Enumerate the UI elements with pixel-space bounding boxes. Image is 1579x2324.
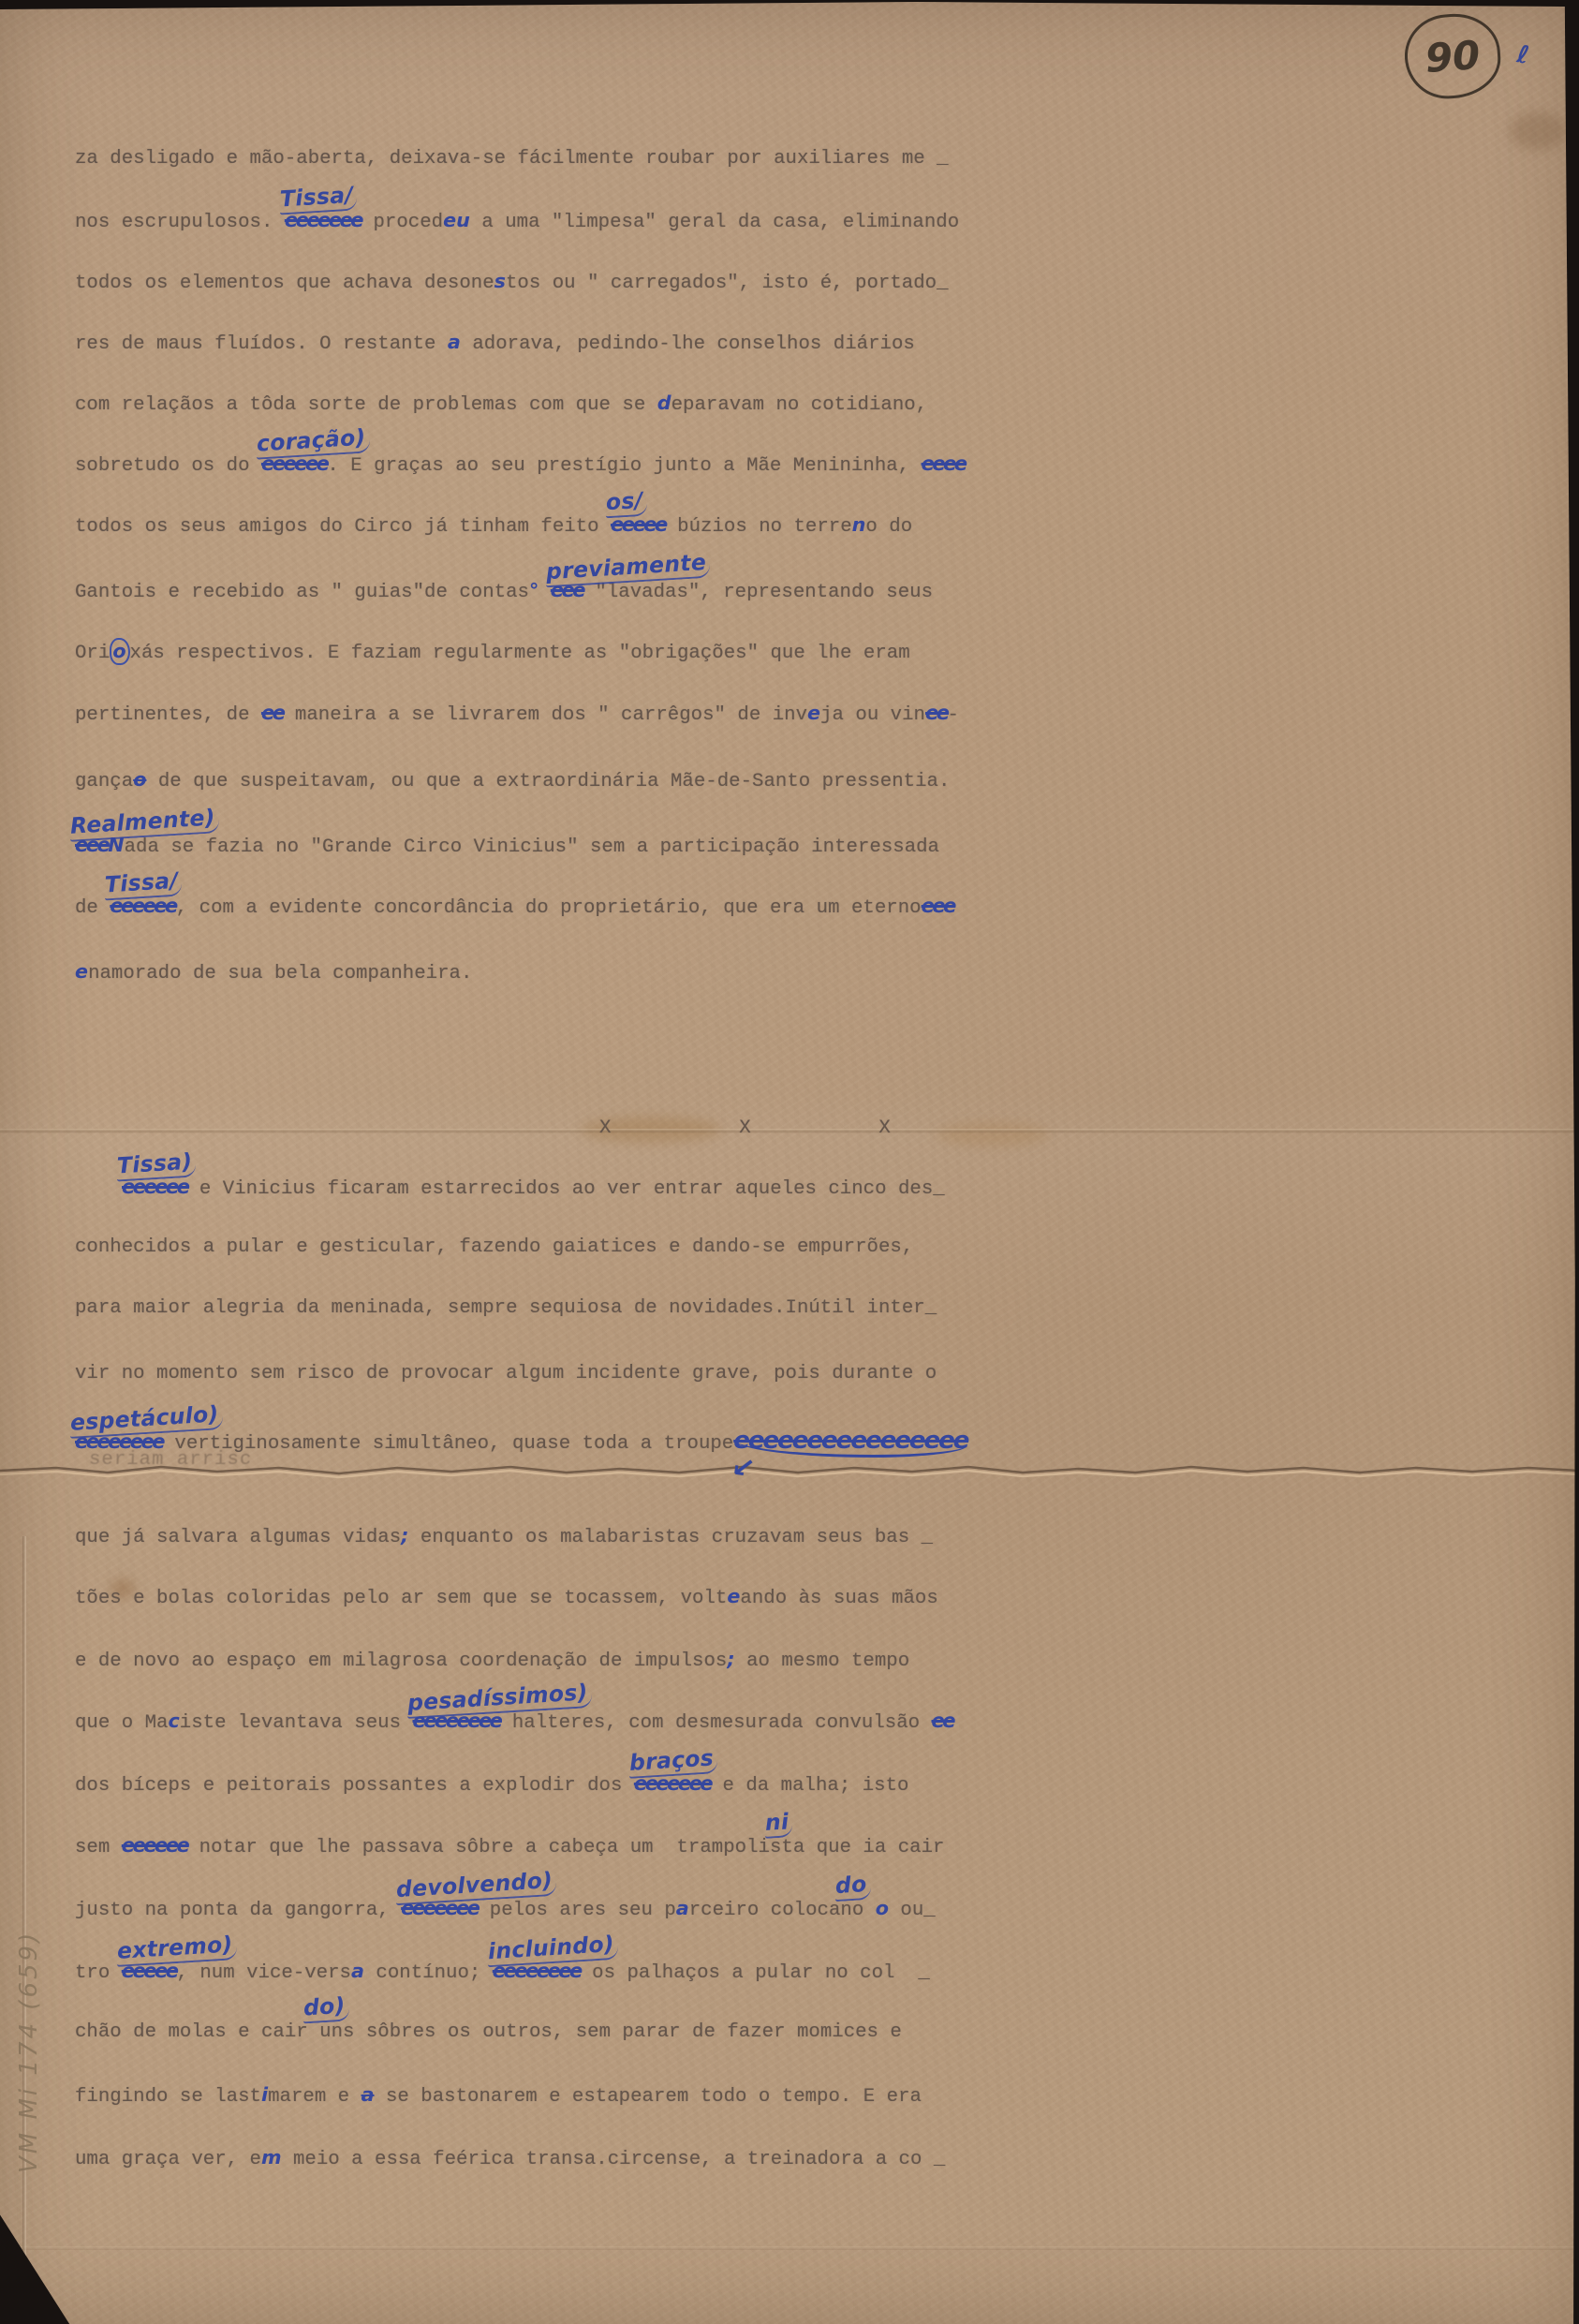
- typed-text: chão de molas e cair: [75, 2021, 308, 2043]
- typed-line: uma graça ver, em meio a essa feérica tr…: [75, 2146, 945, 2170]
- typed-text: conhecidos a pular e gesticular, fazendo…: [75, 1236, 913, 1258]
- typed-line: eeeeeeeeespetáculo) vertiginosamente sim…: [75, 1427, 967, 1455]
- typed-text: proced: [362, 212, 443, 233]
- annotation-label: ni: [763, 1808, 793, 1839]
- typed-text: , com a evidente concordância do proprie…: [176, 897, 922, 919]
- annotation-label: do: [834, 1871, 871, 1902]
- ink-correction: o: [876, 1897, 889, 1919]
- typed-text: justo na ponta da gangorra,: [75, 1900, 401, 1921]
- typed-text: sem: [75, 1837, 122, 1858]
- typed-line: sem eeeeee notar que lhe passava sôbre a…: [75, 1834, 944, 1858]
- typed-line: que já salvara algumas vidas; enquanto o…: [75, 1524, 933, 1548]
- handwritten-annotation: eeeeeeTissa/: [110, 897, 175, 919]
- typed-text: Ori: [75, 643, 110, 664]
- typed-text: de que suspeitavam, ou que a extraordiná…: [146, 771, 950, 792]
- typed-text: eparavam no cotidiano,: [671, 394, 928, 416]
- ink-correction: m: [261, 2146, 282, 2169]
- typed-text: rceiro coloca: [689, 1900, 841, 1921]
- typed-line: eeeRealmente)Nada se fazia no "Grande Ci…: [75, 834, 939, 858]
- ink-correction: eu: [443, 209, 470, 231]
- ink-scribble: eeee: [922, 452, 966, 475]
- ink-scribble: ee: [925, 702, 948, 724]
- typed-text: pertinentes, de: [75, 704, 261, 726]
- typed-line: de eeeeeeTissa/, com a evidente concordâ…: [75, 895, 954, 919]
- page-number-side-mark: ℓ: [1514, 40, 1530, 70]
- typed-text: "lavadas", representando seus: [583, 582, 933, 603]
- typed-text: fingindo se last: [75, 2086, 261, 2108]
- annotation-label: Tissa): [115, 1148, 197, 1182]
- down-left-arrow-icon: ↙: [730, 1450, 758, 1486]
- annotation-label: Tissa/: [278, 182, 358, 215]
- typed-text: tões e bolas coloridas pelo ar sem que s…: [75, 1588, 727, 1609]
- typed-line: sobretudo os do eeeeeecoração). E graças…: [75, 452, 966, 477]
- ink-correction: s: [494, 270, 506, 292]
- typed-line: fingindo se lastimarem e a se bastonarem…: [75, 2083, 922, 2108]
- typed-text: gança: [75, 771, 133, 792]
- typed-line: eeeeeeTissa) e Vinicius ficaram estarrec…: [122, 1176, 945, 1200]
- typed-line: conhecidos a pular e gesticular, fazendo…: [75, 1236, 913, 1258]
- typed-text: Gantois e recebido as " guias"de contas: [75, 582, 529, 603]
- ink-scribble: eeeeee: [122, 1834, 187, 1857]
- typed-text: za desligado e mão-aberta, deixava-se fá…: [75, 148, 949, 170]
- typed-text: maneira a se livrarem dos " carrêgos" de…: [283, 704, 807, 726]
- typed-text: enquanto os malabaristas cruzavam seus b…: [408, 1527, 933, 1548]
- ink-correction: n: [852, 513, 866, 536]
- typed-text: nos escrupulosos.: [75, 212, 285, 233]
- page-number-circle: 90: [1402, 11, 1503, 102]
- ink-correction: e: [727, 1585, 740, 1607]
- ink-correction: d: [657, 392, 671, 414]
- scanned-manuscript-page: { "page": { "number": "90", "side_mark":…: [0, 0, 1579, 2324]
- typed-text: marem e: [268, 2086, 361, 2108]
- typed-text: de: [75, 897, 110, 919]
- typed-text: ando às suas mãos: [740, 1588, 937, 1609]
- ink-correction: a: [351, 1960, 364, 1982]
- typed-text: todos os seus amigos do Circo já tinham …: [75, 516, 611, 538]
- typed-text: vertiginosamente simultâneo, quase toda …: [163, 1433, 733, 1455]
- typed-line: que o Maciste levantava seus eeeeeeeepes…: [75, 1710, 953, 1734]
- handwritten-annotation: eeeeeeeepesadíssimos): [412, 1712, 500, 1734]
- typed-line: chão de molas e cairdo) uns sôbres os ou…: [75, 2021, 902, 2043]
- typed-line: enamorado de sua bela companheira.: [75, 960, 472, 984]
- ink-correction: ;: [727, 1648, 734, 1670]
- ink-scribble: ee: [932, 1710, 954, 1732]
- typed-line: justo na ponta da gangorra, eeeeeeedevol…: [75, 1897, 936, 1921]
- typed-text: sta que ia cair: [770, 1837, 945, 1858]
- handwritten-annotation: eeeeeextremo): [122, 1962, 177, 1984]
- typed-text: ja ou vin: [820, 704, 925, 726]
- typed-text: adorava, pedindo-lhe conselhos diários: [461, 333, 915, 355]
- typed-text: e Vinicius ficaram estarrecidos ao ver e…: [187, 1178, 944, 1200]
- typed-text: que já salvara algumas vidas: [75, 1527, 401, 1548]
- heavy-scribble-with-arrow: eeeeeeeeeeeeeeee↙: [733, 1433, 967, 1455]
- section-divider: X X X: [599, 1118, 891, 1139]
- ink-correction: a: [676, 1897, 689, 1919]
- ink-correction: c: [168, 1710, 179, 1732]
- paper-stain: [937, 1122, 1049, 1147]
- annotation-label: Tissa/: [103, 867, 183, 901]
- typed-text: se bastonarem e estapearem todo o tempo.…: [375, 2086, 922, 2108]
- typed-line: Gantois e recebido as " guias"de contas°…: [75, 579, 933, 603]
- typed-text: uns sôbres os outros, sem parar de fazer…: [308, 2021, 902, 2043]
- typed-text: ao mesmo tempo: [735, 1650, 910, 1672]
- handwritten-annotation: eeeRealmente): [75, 836, 108, 858]
- typed-text: todos os elementos que achava desone: [75, 273, 494, 294]
- typed-text: ada se fazia no "Grande Circo Vinicius" …: [125, 836, 939, 858]
- typed-text: no: [840, 1900, 875, 1921]
- ink-correction: o: [133, 768, 146, 791]
- typed-text: -: [948, 704, 959, 726]
- typed-text: X X X: [599, 1118, 891, 1139]
- typed-line: nos escrupulosos. eeeeeeeTissa/ procedeu…: [75, 209, 959, 233]
- typed-line: todos os seus amigos do Circo já tinham …: [75, 513, 912, 538]
- ink-scribble: eeeeeeeeeeeeeeee: [733, 1427, 967, 1458]
- typed-text: dos bíceps e peitorais possantes a explo…: [75, 1775, 634, 1797]
- typed-text: pelos ares seu p: [478, 1900, 675, 1921]
- typed-text: namorado de sua bela companheira.: [88, 963, 472, 984]
- typed-line: tões e bolas coloridas pelo ar sem que s…: [75, 1585, 938, 1609]
- ink-scribble: eee: [922, 895, 954, 917]
- typed-line: res de maus fluídos. O restante a adorav…: [75, 331, 915, 355]
- typed-text: para maior alegria da meninada, sempre s…: [75, 1297, 937, 1319]
- typed-text: contínuo;: [364, 1962, 493, 1984]
- typed-text: . E graças ao seu prestígio junto a Mãe …: [327, 455, 921, 477]
- typed-line: todos os elementos que achava desonestos…: [75, 270, 949, 294]
- typed-line: para maior alegria da meninada, sempre s…: [75, 1297, 937, 1319]
- typed-text: tro: [75, 1962, 122, 1984]
- typed-line: pertinentes, de ee maneira a se livrarem…: [75, 702, 959, 726]
- typed-line: vir no momento sem risco de provocar alg…: [75, 1363, 937, 1384]
- typed-text: búzios no terre: [666, 516, 852, 538]
- typed-text: com relaçãos a tôda sorte de problemas c…: [75, 394, 657, 416]
- handwritten-annotation: eeepreviamente: [551, 582, 583, 603]
- typed-text: sobretudo os do: [75, 455, 261, 477]
- ink-scribble: ee: [261, 702, 284, 724]
- typed-text: e de novo ao espaço em milagrosa coorden…: [75, 1650, 727, 1672]
- typed-text: iste levantava seus: [180, 1712, 413, 1734]
- handwritten-annotation: eeeeeecoração): [261, 455, 327, 477]
- paper-sheet: seriam arrisc 90 ℓ VM Mi 174 (659) za de…: [0, 0, 1579, 2324]
- typed-text: que o Ma: [75, 1712, 168, 1734]
- typed-line: za desligado e mão-aberta, deixava-se fá…: [75, 148, 949, 170]
- typed-text: , num vice-vers: [176, 1962, 351, 1984]
- ink-correction: i: [261, 2083, 268, 2106]
- typed-text: notar que lhe passava sôbre a cabeça um …: [187, 1837, 770, 1858]
- handwritten-annotation: eeeeeeeTissa/: [285, 212, 362, 233]
- typed-text: o do: [865, 516, 912, 538]
- ink-correction: e: [75, 960, 88, 983]
- bottom-fold-crease: [0, 2246, 1579, 2250]
- annotation-label: os/: [604, 487, 647, 519]
- typed-text: a uma "limpesa" geral da casa, eliminand…: [470, 212, 959, 233]
- ink-correction: e: [807, 702, 820, 724]
- handwritten-annotation: eeeeeeedevolvendo): [401, 1900, 478, 1921]
- typed-text: vir no momento sem risco de provocar alg…: [75, 1363, 937, 1384]
- ink-correction: o: [110, 638, 129, 665]
- paper-stain: [1510, 112, 1566, 150]
- typed-line: gançao de que suspeitavam, ou que a extr…: [75, 768, 950, 792]
- typed-text: ou_: [889, 1900, 936, 1921]
- typed-text: res de maus fluídos. O restante: [75, 333, 448, 355]
- archive-margin-note: VM Mi 174 (659): [15, 1931, 43, 2173]
- typed-text: xás respectivos. E faziam regularmente a…: [130, 643, 910, 664]
- typed-text: meio a essa feérica transa.circense, a t…: [282, 2149, 946, 2170]
- annotation-label: do): [302, 1992, 349, 2024]
- typed-line: tro eeeeeextremo), num vice-versa contín…: [75, 1960, 930, 1984]
- page-number: 90: [1424, 32, 1482, 81]
- typed-text: halteres, com desmesurada convulsão: [500, 1712, 931, 1734]
- handwritten-annotation: eeeeeeeeincluindo): [493, 1962, 581, 1984]
- typed-line: dos bíceps e peitorais possantes a explo…: [75, 1772, 908, 1797]
- typed-text: e da malha; isto: [711, 1775, 908, 1797]
- handwritten-annotation: eeeeeos/: [611, 516, 666, 538]
- typed-text: uma graça ver, e: [75, 2149, 261, 2170]
- handwritten-annotation: eeeeeeebraços: [634, 1775, 711, 1797]
- typed-line: com relaçãos a tôda sorte de problemas c…: [75, 392, 927, 416]
- typed-text: tos ou " carregados", isto é, portado_: [506, 273, 949, 294]
- handwritten-annotation: eeeeeeTissa): [122, 1178, 187, 1200]
- handwritten-annotation: eeeeeeeeespetáculo): [75, 1433, 163, 1455]
- typed-line: Orioxás respectivos. E faziam regularmen…: [75, 640, 910, 664]
- typed-line: e de novo ao espaço em milagrosa coorden…: [75, 1648, 909, 1672]
- ink-correction: a: [362, 2083, 375, 2106]
- annotation-label: braços: [627, 1745, 718, 1780]
- typed-text: os palhaços a pular no col _: [581, 1962, 930, 1984]
- ink-correction: a: [448, 331, 461, 353]
- ink-correction: °: [529, 579, 539, 601]
